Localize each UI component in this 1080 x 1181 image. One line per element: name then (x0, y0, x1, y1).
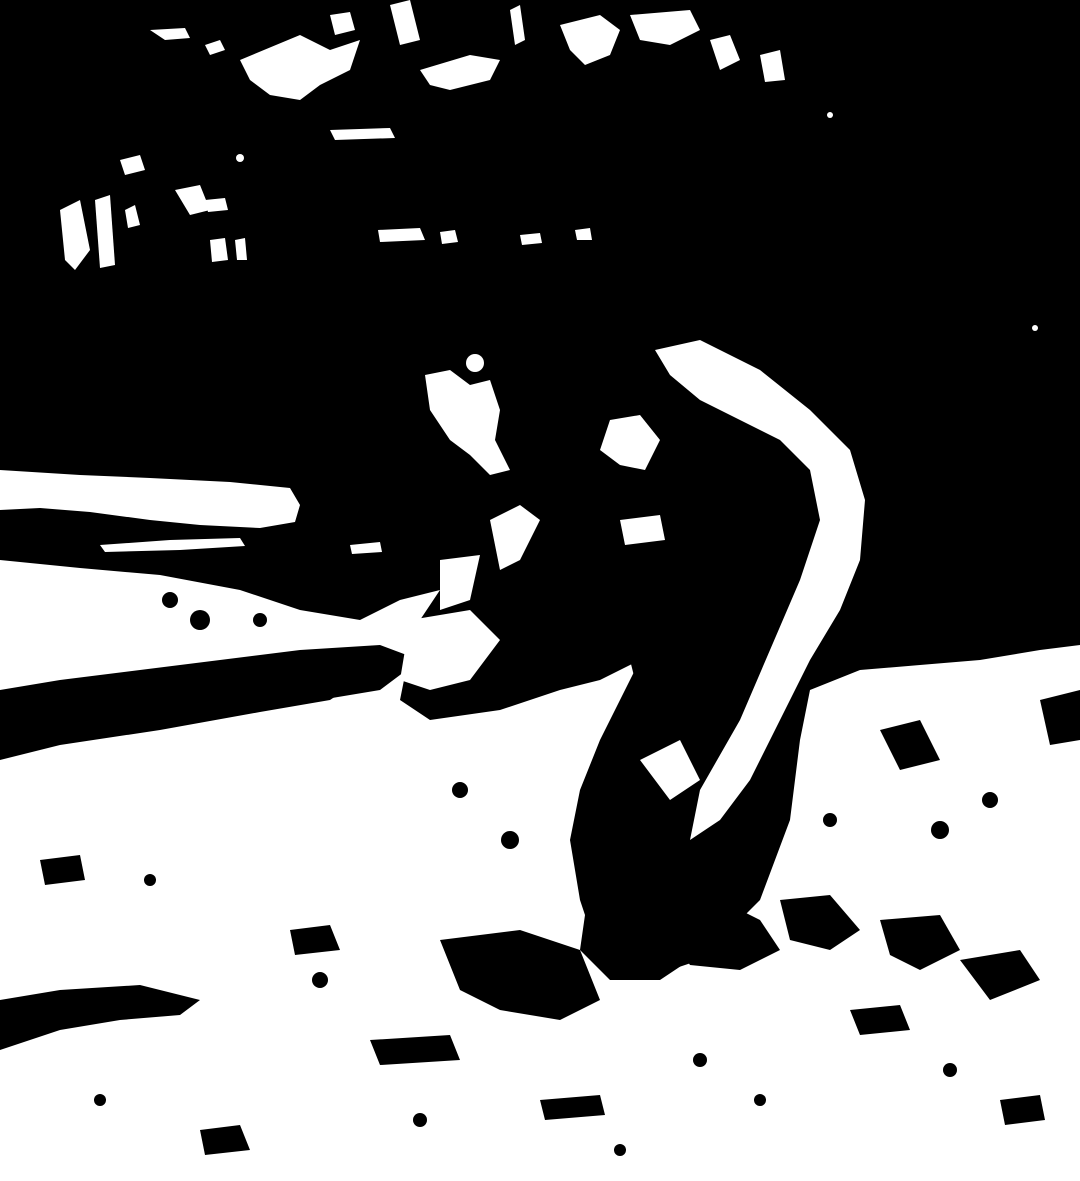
thresholded-photo (0, 0, 1080, 1181)
photo-canvas: High-contrast binarized photo of a figur… (0, 0, 1080, 1181)
